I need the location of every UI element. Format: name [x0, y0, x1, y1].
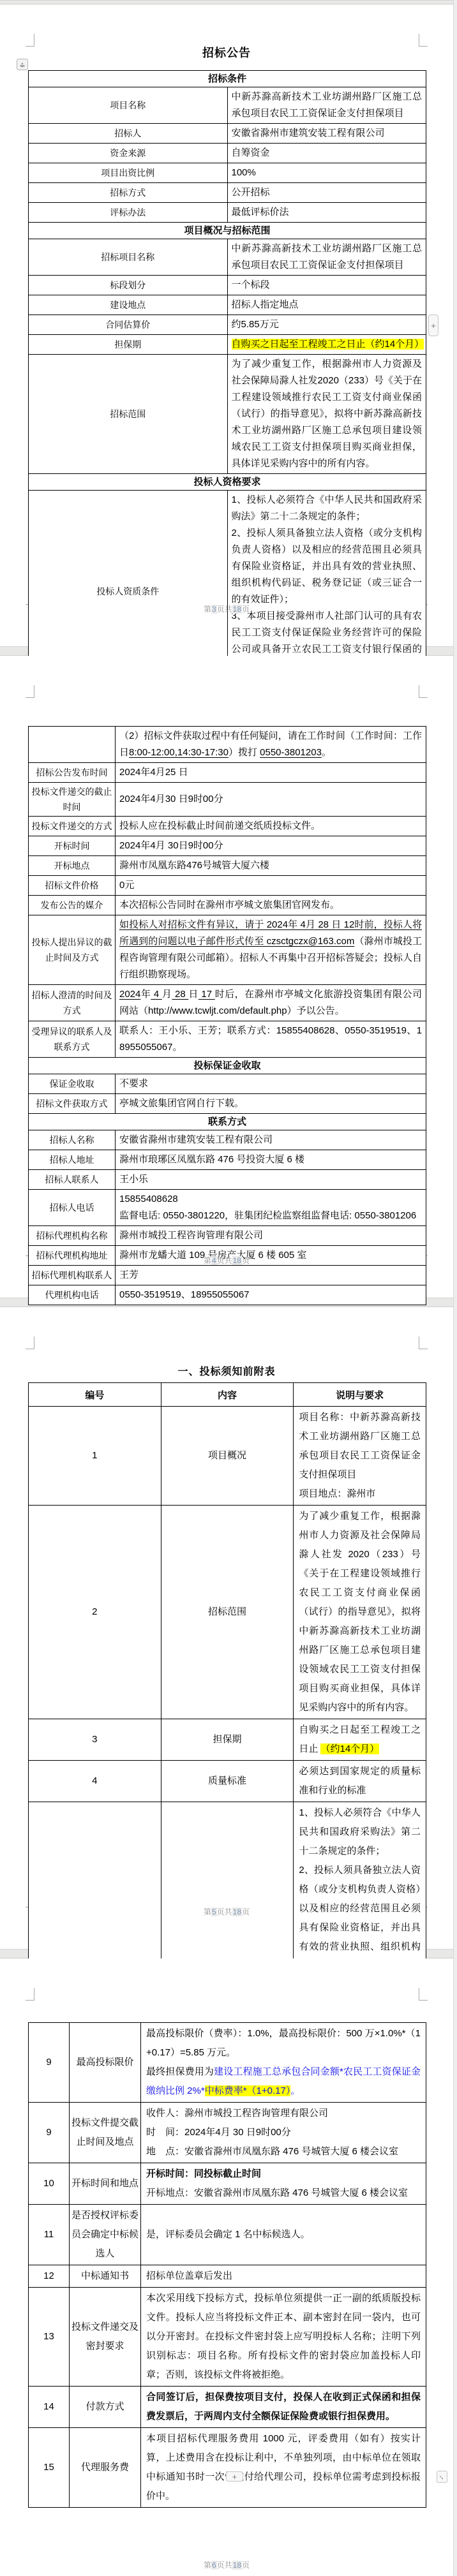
row-label-cell: 付款方式 — [70, 2387, 141, 2428]
row-label-cell: 最高投标限价 — [70, 2023, 141, 2103]
row-label-cell: 保证金收取 — [29, 1074, 116, 1094]
table-row: 招标人安徽省滁州市建筑安装工程有限公司 — [29, 124, 426, 144]
text-segment: 招标人指定地点 — [232, 299, 299, 310]
row-number-cell: 9 — [29, 2103, 70, 2163]
table-row: 2招标范围为了减少重复工作，根据滁州市人力资源及社会保障局滁人社发 2020（2… — [29, 1506, 426, 1719]
page-title: 招标公告 — [0, 44, 453, 61]
bid-announcement-table-continued: （2）招标文件获取过程中有任何疑问，请在工作时间（工作时间：工作日8:00-12… — [28, 726, 426, 1305]
row-number-cell: 11 — [29, 2205, 70, 2265]
row-label-cell: 招标方式 — [29, 183, 228, 203]
text-segment: 地 点：安徽省滁州市凤凰东路 476 号城管大厦 6 楼会议室 — [146, 2146, 398, 2157]
table-row: 招标项目名称中新苏滁高新技术工业坊湖州路厂区施工总承包项目农民工工资保证金支付担… — [29, 239, 426, 276]
text-segment: 自购买之日起至工程竣工之日止（约14个月） — [232, 339, 424, 350]
row-value-cell: 王芳 — [116, 1266, 426, 1285]
move-cross-icon: ↕ — [17, 59, 27, 70]
text-segment: 中标费率*（1+0.17） — [205, 2085, 291, 2096]
text-segment: （约14个月） — [320, 1743, 379, 1754]
text-segment: 收件人：滁州市城投工程咨询管理有限公司 — [146, 2108, 328, 2119]
row-value-cell: 本项目招标代理服务费用 1000 元，评委费用（如有）按实计算，上述费用含在投标… — [141, 2428, 426, 2508]
text-segment: 最终担保费用为 — [146, 2066, 214, 2077]
text-segment: 必须达到国家规定的质量标准和行业的标准 — [299, 1766, 421, 1796]
table-row: 担保期自购买之日起至工程竣工之日止（约14个月） — [29, 335, 426, 355]
table-row: 招标文件价格0元 — [29, 876, 426, 896]
row-value-cell: 最高投标限价（费率）：1.0%，最高投标限价：500 万×1.0%*（1+0.1… — [141, 2023, 426, 2103]
row-label-cell: 质量标准 — [161, 1761, 294, 1802]
table-row: 项目概况与招标范围 — [29, 223, 426, 239]
table-row: 招标公告发布时间2024年4月25 日 — [29, 763, 426, 783]
row-label-cell: 是否授权评标委员会确定中标候选人 — [70, 2205, 141, 2265]
text-segment: 2024年4月 30日9时00分 — [119, 840, 223, 851]
row-value-cell: 必须达到国家规定的质量标准和行业的标准 — [294, 1761, 426, 1802]
table-row: 投标人提出异议的截止时间及方式如投标人对招标文件有异议，请于 2024年 4月 … — [29, 915, 426, 985]
row-value-cell: 100% — [227, 163, 426, 183]
row-number-cell: 12 — [29, 2265, 70, 2288]
text-segment: 项目名称：中新苏滁高新技术工业坊湖州路厂区施工总承包项目农民工工资保证金支付担保… — [299, 1412, 421, 1480]
text-segment: 是，评标委员会确定 1 名中标候选人。 — [146, 2229, 310, 2240]
row-label-cell: 担保期 — [29, 335, 228, 355]
table-row: 合同估算价约5.85万元 — [29, 315, 426, 335]
table-row: 招标范围为了减少重复工作，根据滁州市人力资源及社会保障局滁人社发2020（233… — [29, 355, 426, 474]
row-value-cell: 为了减少重复工作，根据滁州市人力资源及社会保障局滁人社发2020（233）号《关… — [227, 355, 426, 474]
row-number-cell: 9 — [29, 2023, 70, 2103]
table-row: 开标地点滁州市凤凰东路476号城管大厦六楼 — [29, 856, 426, 876]
row-value-cell: 如投标人对招标文件有异议，请于 2024年 4月 28 日 12时前，投标人将所… — [116, 915, 426, 985]
text-segment: 17 — [199, 989, 215, 1000]
table-row: 资金来源自筹资金 — [29, 144, 426, 163]
margin-mark-icon — [26, 1988, 34, 2001]
row-label-cell: 招标范围 — [29, 355, 228, 474]
text-segment: 4 — [151, 989, 162, 1000]
row-label-cell: 招标人电话 — [29, 1190, 116, 1226]
row-value-cell: 本次招标公告同时在滁州市亭城文旅集团官网发布。 — [116, 896, 426, 915]
row-label-cell: 招标代理机构联系人 — [29, 1266, 116, 1285]
text-segment: 0元 — [119, 880, 134, 891]
row-value-cell: 王小乐 — [116, 1170, 426, 1190]
row-label-cell: 招标范围 — [161, 1506, 294, 1719]
text-segment: 100% — [232, 167, 256, 178]
text-segment: 1、投标人必须符合《中华人民共和国政府采购法》第二十二条规定的条件； — [232, 494, 423, 522]
row-label-cell — [29, 727, 116, 763]
row-label-cell: 投标文件提交截止时间及地点 — [70, 2103, 141, 2163]
text-segment: 开标时间：同投标截止时间 — [146, 2168, 261, 2179]
text-segment: 项目地点：滁州市 — [299, 1488, 375, 1499]
table-row: 标段划分一个标段 — [29, 276, 426, 295]
text-segment: 王芳 — [119, 1269, 139, 1280]
table-row: 招标人名称安徽省滁州市建筑安装工程有限公司 — [29, 1130, 426, 1150]
table-row: 招标方式公开招标 — [29, 183, 426, 203]
text-segment: 公开招标 — [232, 187, 270, 198]
table-row: 保证金收取不要求 — [29, 1074, 426, 1094]
text-segment: 本项目招标代理服务费用 1000 元，评委费用（如有）按实计算，上述费用含在投标… — [146, 2433, 421, 2501]
row-label-cell: 投标文件递交的截止时间 — [29, 783, 116, 817]
table-row: 评标办法最低评标价法 — [29, 203, 426, 223]
text-segment: 中新苏滁高新技术工业坊湖州路厂区施工总承包项目农民工工资保证金支付担保项目 — [232, 243, 423, 270]
row-value-cell: 约5.85万元 — [227, 315, 426, 335]
row-label-cell: 代理服务费 — [70, 2428, 141, 2508]
table-row: 招标文件获取方式亭城文旅集团官网自行下载。 — [29, 1094, 426, 1114]
table-row: 开标时间2024年4月 30日9时00分 — [29, 836, 426, 856]
margin-mark-icon — [419, 685, 428, 698]
section-header-cell: 项目概况与招标范围 — [29, 223, 426, 239]
row-label-cell: 招标人 — [29, 124, 228, 144]
row-value-cell: 滁州市城投工程咨询管理有限公司 — [116, 1226, 426, 1246]
table-row: 13投标文件递交及密封要求本次采用线下投标方式，投标单位须提供一正一副的纸质版投… — [29, 2288, 426, 2387]
text-segment: 滁州市凤凰东路476号城管大厦六楼 — [119, 860, 269, 871]
text-segment: 2、投标人须具备独立法人资格（或分支机构负责人资格）以及相应的经营范围且必须具有… — [232, 528, 423, 605]
table-row: 招标代理机构联系人王芳 — [29, 1266, 426, 1285]
section-title: 一、投标须知前附表 — [0, 1363, 453, 1378]
text-segment: 最低评标价法 — [232, 207, 289, 218]
row-label-cell: 合同估算价 — [29, 315, 228, 335]
row-number-cell: 1 — [29, 1407, 161, 1506]
section-header-cell: 投标人资格要求 — [29, 474, 426, 491]
section-header-cell: 招标条件 — [29, 71, 426, 87]
table-row: 4质量标准必须达到国家规定的质量标准和行业的标准 — [29, 1761, 426, 1802]
row-value-cell: 2024年4月25 日 — [116, 763, 426, 783]
table-row: 投标文件递交的方式投标人应在投标截止时间前递交纸质投标文件。 — [29, 817, 426, 836]
table-row: 1项目概况项目名称：中新苏滁高新技术工业坊湖州路厂区施工总承包项目农民工工资保证… — [29, 1407, 426, 1506]
table-row: 招标人澄清的时间及方式2024年 4 月 28 日 17 时后，在滁州市亭城文化… — [29, 985, 426, 1021]
row-value-cell: 中新苏滁高新技术工业坊湖州路厂区施工总承包项目农民工工资保证金支付担保项目 — [227, 239, 426, 276]
row-value-cell: 安徽省滁州市建筑安装工程有限公司 — [227, 124, 426, 144]
page-footer: 第4页共18页 — [0, 1255, 453, 1266]
table-row: 10开标时间和地点开标时间：同投标截止时间开标地点：安徽省滁州市凤凰东路 476… — [29, 2163, 426, 2205]
text-segment: 2024年4月30 日9时00分 — [119, 794, 223, 804]
table-row: 投标保证金收取 — [29, 1058, 426, 1074]
row-value-cell: 2024年4月30 日9时00分 — [116, 783, 426, 817]
column-header: 说明与要求 — [294, 1383, 426, 1407]
row-label-cell: 招标文件价格 — [29, 876, 116, 896]
text-segment: 王小乐 — [119, 1174, 148, 1185]
table-header-row: 编号内容说明与要求 — [29, 1383, 426, 1407]
row-value-cell: 项目名称：中新苏滁高新技术工业坊湖州路厂区施工总承包项目农民工工资保证金支付担保… — [294, 1407, 426, 1506]
document-page: （2）招标文件获取过程中有任何疑问，请在工作时间（工作时间：工作日8:00-12… — [0, 656, 453, 1298]
table-row: 招标条件 — [29, 71, 426, 87]
text-segment: 0550-3801203 — [260, 747, 322, 758]
column-header: 内容 — [161, 1383, 294, 1407]
row-value-cell: （2）招标文件获取过程中有任何疑问，请在工作时间（工作时间：工作日8:00-12… — [116, 727, 426, 763]
row-label-cell: 受理异议的联系人及联系方式 — [29, 1021, 116, 1058]
row-label-cell: 项目概况 — [161, 1407, 294, 1506]
row-label-cell: 代理机构电话 — [29, 1285, 116, 1305]
document-page: 9最高投标限价最高投标限价（费率）：1.0%，最高投标限价：500 万×1.0%… — [0, 1958, 453, 2576]
row-label-cell: 招标公告发布时间 — [29, 763, 116, 783]
row-number-cell: 15 — [29, 2428, 70, 2508]
row-value-cell: 0元 — [116, 876, 426, 896]
text-segment: 合同签订后，担保费按项目支付，投保人在收到正式保函和担保费发票后，于两周内支付全… — [146, 2392, 421, 2422]
row-value-cell: 是，评标委员会确定 1 名中标候选人。 — [141, 2205, 426, 2265]
row-value-cell: 招标人指定地点 — [227, 295, 426, 315]
row-label-cell: 招标文件获取方式 — [29, 1094, 116, 1114]
row-value-cell: 2024年 4 月 28 日 17 时后，在滁州市亭城文化旅游投资集团有限公司网… — [116, 985, 426, 1021]
row-label-cell: 招标人联系人 — [29, 1170, 116, 1190]
text-segment: 自筹资金 — [232, 147, 270, 158]
text-segment: 为了减少重复工作，根据滁州市人力资源及社会保障局滁人社发2020（233）号《关… — [232, 359, 423, 469]
text-segment: 日 — [188, 989, 198, 1000]
page-footer: 第5页共18页 — [0, 1906, 453, 1917]
text-segment: 滁州市琅琊区凤凰东路 476 号投资大厦 6 楼 — [119, 1154, 304, 1165]
row-number-cell: 10 — [29, 2163, 70, 2205]
text-segment: 本次招标公告同时在滁州市亭城文旅集团官网发布。 — [119, 899, 340, 910]
row-label-cell: 项目出资比例 — [29, 163, 228, 183]
row-value-cell: 自筹资金 — [227, 144, 426, 163]
row-number-cell: 3 — [29, 1719, 161, 1761]
table-row: 建设地点招标人指定地点 — [29, 295, 426, 315]
scrollbar[interactable] — [453, 0, 457, 2576]
row-label-cell: 建设地点 — [29, 295, 228, 315]
row-label-cell: 项目名称 — [29, 87, 228, 124]
table-row: 受理异议的联系人及联系方式联系人：王小乐、王芳；联系方式：15855408628… — [29, 1021, 426, 1058]
text-segment: 投标人应在投标截止时间前递交纸质投标文件。 — [119, 820, 320, 831]
row-label-cell: 资金来源 — [29, 144, 228, 163]
text-segment: 监督电话: 0550-3801220，驻集团纪检监察组监督电话: 0550-38… — [119, 1210, 416, 1221]
text-segment: 一个标段 — [232, 279, 270, 290]
row-value-cell: 亭城文旅集团官网自行下载。 — [116, 1094, 426, 1114]
section-header-cell: 联系方式 — [29, 1114, 426, 1130]
table-row: 招标人联系人王小乐 — [29, 1170, 426, 1190]
table-row: 项目名称中新苏滁高新技术工业坊湖州路厂区施工总承包项目农民工工资保证金支付担保项… — [29, 87, 426, 124]
table-move-handle-icon[interactable]: ↔ ↕ — [17, 59, 28, 70]
text-segment: 中新苏滁高新技术工业坊湖州路厂区施工总承包项目农民工工资保证金支付担保项目 — [232, 91, 423, 119]
text-segment: 最高投标限价（费率）：1.0%，最高投标限价：500 万×1.0%*（1+0.1… — [146, 2028, 421, 2058]
text-segment: 。 — [322, 747, 331, 758]
text-segment: 联系人：王小乐、王芳；联系方式：15855408628、0550-3519519… — [119, 1025, 422, 1053]
row-label-cell: 招标人地址 — [29, 1150, 116, 1170]
text-segment: 1、投标人必须符合《中华人民共和国政府采购法》第二十二条规定的条件； — [299, 1807, 421, 1856]
page-footer: 第6页共18页 — [0, 2559, 453, 2570]
row-value-cell: 安徽省滁州市建筑安装工程有限公司 — [116, 1130, 426, 1150]
row-value-cell: 合同签订后，担保费按项目支付，投保人在收到正式保函和担保费发票后，于两周内支付全… — [141, 2387, 426, 2428]
row-label-cell: 担保期 — [161, 1719, 294, 1761]
document-page: 招标公告 ↔ ↕ 招标条件项目名称中新苏滁高新技术工业坊湖州路厂区施工总承包项目… — [0, 4, 453, 646]
row-label-cell: 投标文件递交及密封要求 — [70, 2288, 141, 2387]
text-segment: 2024年4月25 日 — [119, 767, 188, 778]
section-header-cell: 投标保证金收取 — [29, 1058, 426, 1074]
margin-mark-icon — [419, 1336, 428, 1349]
row-label-cell: 开标时间和地点 — [70, 2163, 141, 2205]
row-value-cell: 联系人：王小乐、王芳；联系方式：15855408628、0550-3519519… — [116, 1021, 426, 1058]
page-footer: 第3页共18页 — [0, 603, 453, 614]
table-resize-icon[interactable]: ↔ — [437, 2471, 447, 2483]
margin-mark-icon — [26, 685, 34, 698]
table-row: 投标文件递交的截止时间2024年4月30 日9时00分 — [29, 783, 426, 817]
table-row: 招标人地址滁州市琅琊区凤凰东路 476 号投资大厦 6 楼 — [29, 1150, 426, 1170]
table-row: 招标人电话15855408628监督电话: 0550-3801220，驻集团纪检… — [29, 1190, 426, 1226]
text-segment: 0550-3519519、18955055067 — [119, 1289, 250, 1300]
table-row: 11是否授权评标委员会确定中标候选人是，评标委员会确定 1 名中标候选人。 — [29, 2205, 426, 2265]
column-header: 编号 — [29, 1383, 161, 1407]
row-number-cell: 14 — [29, 2387, 70, 2428]
row-label-cell: 评标办法 — [29, 203, 228, 223]
table-row: 项目出资比例100% — [29, 163, 426, 183]
row-value-cell: 本次采用线下投标方式，投标单位须提供一正一副的纸质版投标文件。投标人应当将投标文… — [141, 2288, 426, 2387]
row-value-cell: 收件人：滁州市城投工程咨询管理有限公司时 间：2024年4月 30 日9时00分… — [141, 2103, 426, 2163]
row-label-cell: 开标地点 — [29, 856, 116, 876]
row-number-cell: 13 — [29, 2288, 70, 2387]
text-segment: 不要求 — [119, 1078, 148, 1089]
text-segment: 年 — [140, 989, 151, 1000]
table-row: 14付款方式合同签订后，担保费按项目支付，投保人在收到正式保函和担保费发票后，于… — [29, 2387, 426, 2428]
table-row: 招标代理机构名称滁州市城投工程咨询管理有限公司 — [29, 1226, 426, 1246]
text-segment: 招标单位盖章后发出 — [146, 2270, 232, 2281]
row-value-cell: 15855408628监督电话: 0550-3801220，驻集团纪检监察组监督… — [116, 1190, 426, 1226]
row-value-cell: 中新苏滁高新技术工业坊湖州路厂区施工总承包项目农民工工资保证金支付担保项目 — [227, 87, 426, 124]
text-segment: 时 间：2024年4月 30 日9时00分 — [146, 2127, 291, 2138]
table-row: 发布公告的媒介本次招标公告同时在滁州市亭城文旅集团官网发布。 — [29, 896, 426, 915]
row-value-cell: 投标人应在投标截止时间前递交纸质投标文件。 — [116, 817, 426, 836]
bid-instructions-table-continued: 9最高投标限价最高投标限价（费率）：1.0%，最高投标限价：500 万×1.0%… — [28, 2022, 426, 2508]
row-label-cell: 招标项目名称 — [29, 239, 228, 276]
row-value-cell: 一个标段 — [227, 276, 426, 295]
table-row: 12中标通知书招标单位盖章后发出 — [29, 2265, 426, 2288]
page-gap — [0, 0, 457, 4]
row-value-cell: 自购买之日起至工程竣工之日止 （约14个月） — [294, 1719, 426, 1761]
text-segment: 28 — [172, 989, 188, 1000]
document-viewer: 招标公告 ↔ ↕ 招标条件项目名称中新苏滁高新技术工业坊湖州路厂区施工总承包项目… — [0, 0, 457, 2576]
text-segment: 为了减少重复工作，根据滁州市人力资源及社会保障局滁人社发 2020（233）号《… — [299, 1511, 421, 1713]
row-value-cell: 滁州市琅琊区凤凰东路 476 号投资大厦 6 楼 — [116, 1150, 426, 1170]
table-row: 联系方式 — [29, 1114, 426, 1130]
text-segment: 8:00-12:00,14:30-17:30 — [129, 747, 228, 758]
table-row: 代理机构电话0550-3519519、18955055067 — [29, 1285, 426, 1305]
row-value-cell: 自购买之日起至工程竣工之日止（约14个月） — [227, 335, 426, 355]
insert-column-button[interactable]: + — [428, 315, 438, 336]
insert-row-button[interactable]: + — [226, 2471, 243, 2482]
row-label-cell: 投标文件递交的方式 — [29, 817, 116, 836]
row-label-cell: 标段划分 — [29, 276, 228, 295]
text-segment: 。 — [290, 2085, 300, 2096]
row-number-cell: 4 — [29, 1761, 161, 1802]
row-number-cell: 2 — [29, 1506, 161, 1719]
text-segment: 亭城文旅集团官网自行下载。 — [119, 1098, 244, 1109]
table-row: 9投标文件提交截止时间及地点收件人：滁州市城投工程咨询管理有限公司时 间：202… — [29, 2103, 426, 2163]
row-label-cell: 开标时间 — [29, 836, 116, 856]
margin-mark-icon — [26, 1336, 34, 1349]
text-segment: 滁州市城投工程咨询管理有限公司 — [119, 1230, 263, 1241]
row-value-cell: 0550-3519519、18955055067 — [116, 1285, 426, 1305]
row-label-cell: 招标代理机构名称 — [29, 1226, 116, 1246]
row-value-cell: 滁州市凤凰东路476号城管大厦六楼 — [116, 856, 426, 876]
text-segment: 开标地点：安徽省滁州市凤凰东路 476 号城管大厦 6 楼会议室 — [146, 2187, 408, 2198]
margin-mark-icon — [419, 1988, 428, 2001]
row-label-cell: 招标人澄清的时间及方式 — [29, 985, 116, 1021]
table-row: 3担保期自购买之日起至工程竣工之日止 （约14个月） — [29, 1719, 426, 1761]
table-row: （2）招标文件获取过程中有任何疑问，请在工作时间（工作时间：工作日8:00-12… — [29, 727, 426, 763]
document-page: 一、投标须知前附表 编号内容说明与要求1项目概况项目名称：中新苏滁高新技术工业坊… — [0, 1307, 453, 1949]
row-value-cell: 最低评标价法 — [227, 203, 426, 223]
row-label-cell: 中标通知书 — [70, 2265, 141, 2288]
row-value-cell: 2024年4月 30日9时00分 — [116, 836, 426, 856]
row-value-cell: 招标单位盖章后发出 — [141, 2265, 426, 2288]
text-segment: ）拨打 — [228, 747, 260, 758]
table-row: 15代理服务费本项目招标代理服务费用 1000 元，评委费用（如有）按实计算，上… — [29, 2428, 426, 2508]
text-segment: 月 — [162, 989, 172, 1000]
text-segment: 15855408628 — [119, 1194, 178, 1204]
row-label-cell: 投标人提出异议的截止时间及方式 — [29, 915, 116, 985]
text-segment: 安徽省滁州市建筑安装工程有限公司 — [232, 128, 385, 138]
table-row: 投标人资格要求 — [29, 474, 426, 491]
table-row: 9最高投标限价最高投标限价（费率）：1.0%，最高投标限价：500 万×1.0%… — [29, 2023, 426, 2103]
row-label-cell: 招标人名称 — [29, 1130, 116, 1150]
row-value-cell: 开标时间：同投标截止时间开标地点：安徽省滁州市凤凰东路 476 号城管大厦 6 … — [141, 2163, 426, 2205]
text-segment: 2024 — [119, 989, 140, 1000]
row-value-cell: 为了减少重复工作，根据滁州市人力资源及社会保障局滁人社发 2020（233）号《… — [294, 1506, 426, 1719]
row-value-cell: 公开招标 — [227, 183, 426, 203]
text-segment: 约5.85万元 — [232, 319, 279, 330]
row-label-cell: 发布公告的媒介 — [29, 896, 116, 915]
row-value-cell: 不要求 — [116, 1074, 426, 1094]
text-segment: 安徽省滁州市建筑安装工程有限公司 — [119, 1134, 273, 1145]
text-segment: 本次采用线下投标方式，投标单位须提供一正一副的纸质版投标文件。投标人应当将投标文… — [146, 2293, 421, 2380]
